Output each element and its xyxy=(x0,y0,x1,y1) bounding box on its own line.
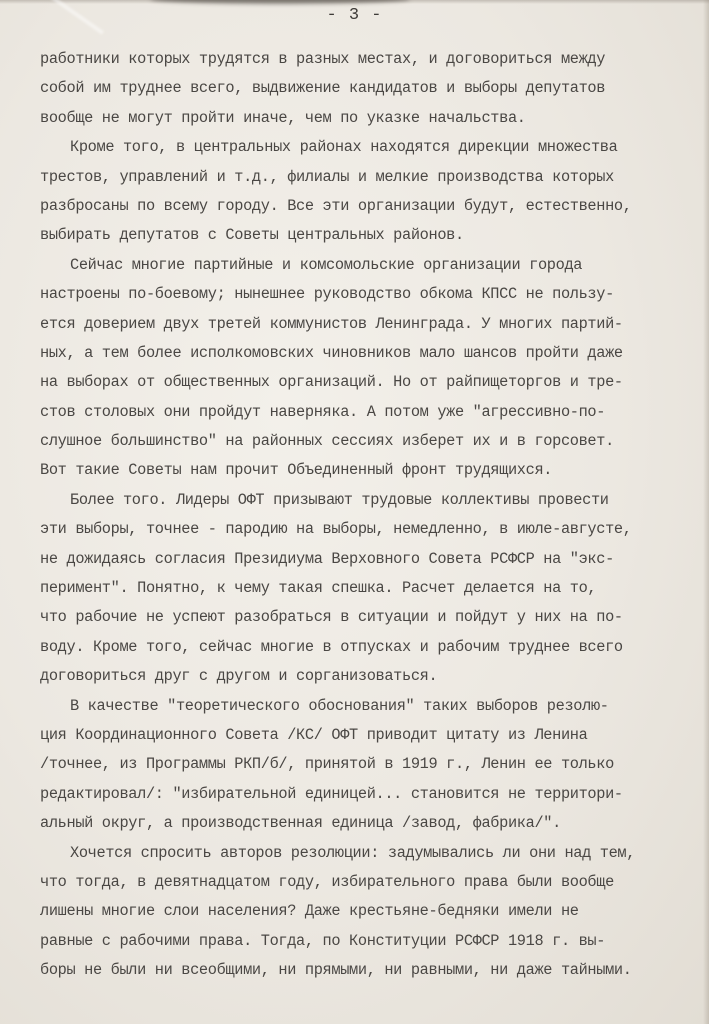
text-line: слушное большинство" на районных сессиях… xyxy=(40,427,709,456)
paragraph: работники которых трудятся в разных мест… xyxy=(40,45,709,133)
text-line: перимент". Понятно, к чему такая спешка.… xyxy=(40,574,709,603)
text-line: что рабочие не успеют разобраться в ситу… xyxy=(40,603,709,632)
text-line: договориться друг с другом и сорганизова… xyxy=(40,662,709,691)
paragraph: Сейчас многие партийные и комсомольские … xyxy=(40,251,709,486)
text-line: трестов, управлений и т.д., филиалы и ме… xyxy=(40,163,709,192)
text-line: Вот такие Советы нам прочит Объединенный… xyxy=(40,456,709,485)
paragraph: Кроме того, в центральных районах находя… xyxy=(40,133,709,251)
text-line: В качестве "теоретического обоснования" … xyxy=(40,692,709,721)
paragraph: Более того. Лидеры ОФТ призывают трудовы… xyxy=(40,486,709,692)
text-line: стов столовых они пройдут наверняка. А п… xyxy=(40,398,709,427)
text-line: собой им труднее всего, выдвижение канди… xyxy=(40,74,709,103)
text-line: Хочется спросить авторов резолюции: заду… xyxy=(40,839,709,868)
text-line: редактировал/: "избирательной единицей..… xyxy=(40,780,709,809)
text-line: выбирать депутатов с Советы центральных … xyxy=(40,221,709,250)
paragraph: Хочется спросить авторов резолюции: заду… xyxy=(40,839,709,986)
text-line: равные с рабочими права. Тогда, по Конст… xyxy=(40,927,709,956)
text-line: ция Координационного Совета /КС/ ОФТ при… xyxy=(40,721,709,750)
text-line: не дожидаясь согласия Президиума Верховн… xyxy=(40,545,709,574)
text-line: настроены по-боевому; нынешнее руководст… xyxy=(40,280,709,309)
text-line: ных, а тем более исполкомовских чиновник… xyxy=(40,339,709,368)
paragraph: В качестве "теоретического обоснования" … xyxy=(40,692,709,839)
text-line: что тогда, в девятнадцатом году, избират… xyxy=(40,868,709,897)
page-number: - 3 - xyxy=(0,6,709,25)
text-line: ется доверием двух третей коммунистов Ле… xyxy=(40,310,709,339)
text-line: воду. Кроме того, сейчас многие в отпуск… xyxy=(40,633,709,662)
text-line: Кроме того, в центральных районах находя… xyxy=(40,133,709,162)
text-line: разбросаны по всему городу. Все эти орга… xyxy=(40,192,709,221)
text-line: Сейчас многие партийные и комсомольские … xyxy=(40,251,709,280)
typewritten-body: работники которых трудятся в разных мест… xyxy=(40,45,709,986)
text-line: боры не были ни всеобщими, ни прямыми, н… xyxy=(40,956,709,985)
text-line: вообще не могут пройти иначе, чем по ука… xyxy=(40,104,709,133)
text-line: /точнее, из Программы РКП/б/, принятой в… xyxy=(40,750,709,779)
text-line: Более того. Лидеры ОФТ призывают трудовы… xyxy=(40,486,709,515)
text-line: работники которых трудятся в разных мест… xyxy=(40,45,709,74)
document-page: - 3 - работники которых трудятся в разны… xyxy=(0,0,709,1024)
text-line: лишены многие слои населения? Даже крест… xyxy=(40,897,709,926)
text-line: на выборах от общественных организаций. … xyxy=(40,368,709,397)
text-line: альный округ, а производственная единица… xyxy=(40,809,709,838)
text-line: эти выборы, точнее - пародию на выборы, … xyxy=(40,515,709,544)
